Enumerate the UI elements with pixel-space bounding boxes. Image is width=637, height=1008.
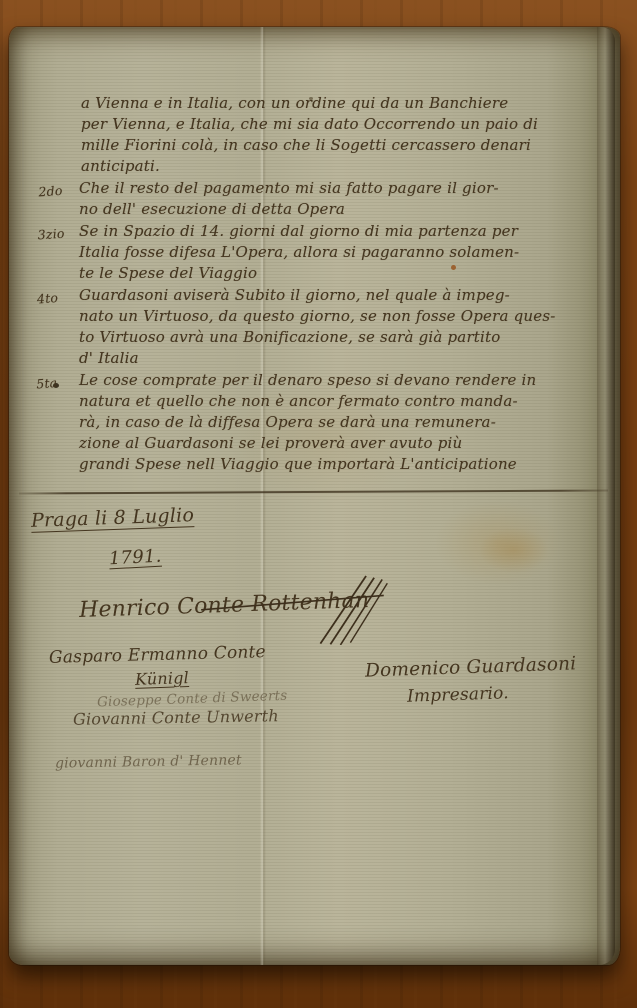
- signature-hennet: giovanni Baron d' Hennet: [55, 752, 242, 771]
- signature-gasparo-ermanno: Gasparo Ermanno Conte: [49, 642, 266, 668]
- text-line: to Virtuoso avrà una Bonificazione, se s…: [79, 327, 598, 348]
- clause-body: Le cose comprate per il denaro speso si …: [79, 370, 598, 475]
- text-line: Se in Spazio di 14. giorni dal giorno di…: [79, 221, 598, 242]
- contract-text: a Vienna e in Italia, con un ordine qui …: [39, 93, 598, 475]
- signature-unwerth: Giovanni Conte Unwerth: [73, 706, 279, 729]
- signature-guardasoni-title: Impresario.: [407, 683, 510, 707]
- text-line: rà, in caso de là diffesa Opera se darà …: [79, 412, 598, 433]
- signature-kunigl: Künigl: [135, 668, 190, 689]
- clause-body: Se in Spazio di 14. giorni dal giorno di…: [79, 221, 598, 284]
- ink-divider-line: [19, 489, 608, 494]
- text-line: grandi Spese nell Viaggio que importarà …: [79, 454, 598, 475]
- text-line: Italia fosse difesa L'Opera, allora si p…: [79, 242, 598, 263]
- text-line: no dell' esecuzione di detta Opera: [79, 199, 598, 220]
- dateline: Praga li 8 Luglio 1791.: [31, 506, 194, 570]
- text-line: Guardasoni aviserà Subito il giorno, nel…: [79, 285, 598, 306]
- text-line: per Vienna, e Italia, che mi sia dato Oc…: [81, 114, 598, 135]
- text-line: nato un Virtuoso, da questo giorno, se n…: [79, 306, 598, 327]
- text-line: mille Fiorini colà, in caso che li Soget…: [81, 135, 598, 156]
- text-line: anticipati.: [81, 156, 598, 177]
- text-line: Che il resto del pagamento mi sia fatto …: [79, 178, 598, 199]
- text-line: zione al Guardasoni se lei proverà aver …: [79, 433, 598, 454]
- clause-body: Guardasoni aviserà Subito il giorno, nel…: [79, 285, 598, 369]
- right-page-fold-edge: [597, 27, 615, 965]
- clause-4: 4to Guardasoni aviserà Subito il giorno,…: [39, 285, 598, 369]
- dateline-place: Praga li 8 Luglio: [31, 503, 195, 533]
- signature-guardasoni: Domenico Guardasoni: [365, 653, 577, 681]
- clause-number: 3zio: [37, 220, 81, 286]
- opening-paragraph: a Vienna e in Italia, con un ordine qui …: [81, 93, 598, 177]
- clause-3: 3zio Se in Spazio di 14. giorni dal gior…: [39, 221, 598, 284]
- dateline-year: 1791.: [108, 545, 162, 572]
- clause-number: 2do: [38, 177, 81, 222]
- clause-2: 2do Che il resto del pagamento mi sia fa…: [39, 178, 598, 220]
- clause-number: 5ta: [35, 369, 82, 477]
- signature-rottenhan: Henrico Conte Rottenhan: [79, 588, 370, 623]
- text-line: d' Italia: [79, 348, 598, 369]
- clause-body: Che il resto del pagamento mi sia fatto …: [79, 178, 598, 220]
- text-line: natura et quello che non è ancor fermato…: [79, 391, 598, 412]
- paper-stain: [479, 527, 549, 573]
- clause-5: 5ta Le cose comprate per il denaro speso…: [39, 370, 598, 475]
- manuscript-page: a Vienna e in Italia, con un ordine qui …: [9, 27, 620, 965]
- text-line: a Vienna e in Italia, con un ordine qui …: [81, 93, 598, 114]
- text-line: te le Spese del Viaggio: [79, 263, 598, 284]
- text-line: Le cose comprate per il denaro speso si …: [79, 370, 598, 391]
- clause-number: 4to: [36, 284, 82, 371]
- photo-of-manuscript: { "meta": { "kind": "handwritten manuscr…: [0, 0, 637, 1008]
- signature-name: Henrico Conte Rottenhan: [79, 588, 370, 623]
